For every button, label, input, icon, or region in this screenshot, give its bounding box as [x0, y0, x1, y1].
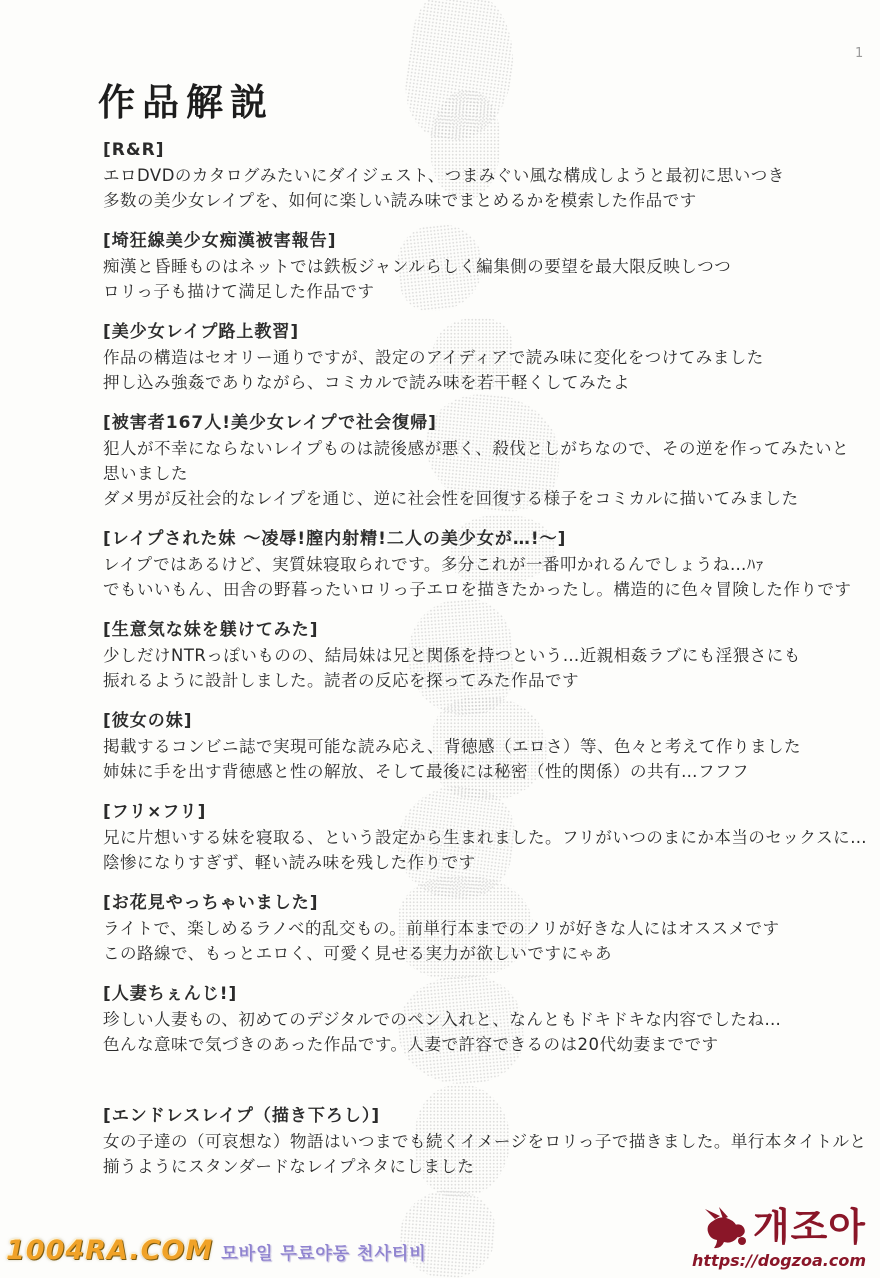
page-title: 作品解説	[98, 72, 274, 126]
section-lines: 作品の構造はセオリー通りですが、設定のアイディアで読み味に変化をつけてみました押…	[103, 345, 803, 395]
section-title: [生意気な妹を躾けてみた]	[103, 618, 803, 643]
section-lines: エロDVDのカタログみたいにダイジェスト、つまみぐい風な構成しようと最初に思いつ…	[103, 163, 803, 213]
section-line: この路線で、もっとエロく、可愛く見せる実力が欲しいですにゃあ	[103, 941, 803, 966]
section-title: [彼女の妹]	[103, 709, 803, 734]
section-line: レイプではあるけど、実質妹寝取られです。多分これが一番叩かれるんでしょうね…ﾊｧ	[103, 552, 803, 577]
section-line: 兄に片想いする妹を寝取る、という設定から生まれました。フリがいつのまにか本当のセ…	[103, 825, 803, 850]
section-lines: 兄に片想いする妹を寝取る、という設定から生まれました。フリがいつのまにか本当のセ…	[103, 825, 803, 875]
commentary-section: [お花見やっちゃいました] ライトで、楽しめるラノベ的乱交もの。前単行本までのノ…	[103, 891, 803, 966]
section-lines: 掲載するコンビニ誌で実現可能な読み応え、背徳感（エロさ）等、色々と考えて作りまし…	[103, 734, 803, 784]
section-lines: 女の子達の（可哀想な）物語はいつまでも続くイメージをロリっ子で描きました。単行本…	[103, 1129, 803, 1179]
section-title: [美少女レイプ路上教習]	[103, 320, 803, 345]
section-lines: 少しだけNTRっぽいものの、結局妹は兄と関係を持つという…近親相姦ラブにも淫猥さ…	[103, 643, 803, 693]
section-lines: 珍しい人妻もの、初めてのデジタルでのペン入れと、なんともドキドキな内容でしたね……	[103, 1007, 803, 1057]
section-line: 少しだけNTRっぽいものの、結局妹は兄と関係を持つという…近親相姦ラブにも淫猥さ…	[103, 643, 803, 668]
section-line: ライトで、楽しめるラノベ的乱交もの。前単行本までのノリが好きな人にはオススメです	[103, 916, 803, 941]
rabbit-logo-icon	[699, 1205, 751, 1249]
section-line: 痴漢と昏睡ものはネットでは鉄板ジャンルらしく編集側の要望を最大限反映しつつ	[103, 254, 803, 279]
section-line: 押し込み強姦でありながら、コミカルで読み味を若干軽くしてみたよ	[103, 370, 803, 395]
commentary-section: [R&R] エロDVDのカタログみたいにダイジェスト、つまみぐい風な構成しようと…	[103, 138, 803, 213]
commentary-section: [被害者167人!美少女レイプで社会復帰] 犯人が不幸にならないレイプものは読後…	[103, 411, 803, 511]
watermark-left-site: 1004RA.COM	[6, 1235, 213, 1266]
commentary-section: [エンドレスレイプ（描き下ろし）] 女の子達の（可哀想な）物語はいつまでも続くイ…	[103, 1104, 803, 1179]
commentary-section: [美少女レイプ路上教習] 作品の構造はセオリー通りですが、設定のアイディアで読み…	[103, 320, 803, 395]
watermark-right-brand: 개조아	[753, 1207, 866, 1247]
section-line: ロリっ子も描けて満足した作品です	[103, 279, 803, 304]
section-title: [人妻ちぇんじ!]	[103, 982, 803, 1007]
watermark-right-url[interactable]: https://dogzoa.com	[692, 1251, 866, 1270]
section-line: 振れるように設計しました。読者の反応を探ってみた作品です	[103, 668, 803, 693]
section-line: 揃うようにスタンダードなレイプネタにしました	[103, 1154, 803, 1179]
scanned-page: 作品解説 1 [R&R] エロDVDのカタログみたいにダイジェスト、つまみぐい風…	[0, 0, 880, 1278]
section-line: 思いました	[103, 461, 803, 486]
commentary-section: [レイプされた妹 ～凌辱!膣内射精!二人の美少女が…!～] レイプではあるけど、…	[103, 527, 803, 602]
commentary-sections: [R&R] エロDVDのカタログみたいにダイジェスト、つまみぐい風な構成しようと…	[103, 138, 803, 1195]
page-number: 1	[855, 46, 863, 61]
section-title: [レイプされた妹 ～凌辱!膣内射精!二人の美少女が…!～]	[103, 527, 803, 552]
commentary-section: [埼狂線美少女痴漢被害報告] 痴漢と昏睡ものはネットでは鉄板ジャンルらしく編集側…	[103, 229, 803, 304]
commentary-section: [生意気な妹を躾けてみた] 少しだけNTRっぽいものの、結局妹は兄と関係を持つと…	[103, 618, 803, 693]
section-line: 犯人が不幸にならないレイプものは読後感が悪く、殺伐としがちなので、その逆を作って…	[103, 436, 803, 461]
section-line: 多数の美少女レイプを、如何に楽しい読み味でまとめるかを模索した作品です	[103, 188, 803, 213]
commentary-section: [彼女の妹] 掲載するコンビニ誌で実現可能な読み応え、背徳感（エロさ）等、色々と…	[103, 709, 803, 784]
section-lines: レイプではあるけど、実質妹寝取られです。多分これが一番叩かれるんでしょうね…ﾊｧ…	[103, 552, 803, 602]
commentary-section: [人妻ちぇんじ!] 珍しい人妻もの、初めてのデジタルでのペン入れと、なんともドキ…	[103, 982, 803, 1057]
halftone-bleed-blob	[398, 0, 523, 147]
section-line: エロDVDのカタログみたいにダイジェスト、つまみぐい風な構成しようと最初に思いつ…	[103, 163, 803, 188]
section-line: 陰惨になりすぎず、軽い読み味を残した作りです	[103, 850, 803, 875]
section-title: [お花見やっちゃいました]	[103, 891, 803, 916]
watermark-left-tagline: 모바일 무료야동 천사티비	[221, 1239, 426, 1264]
commentary-section: [フリ×フリ] 兄に片想いする妹を寝取る、という設定から生まれました。フリがいつ…	[103, 800, 803, 875]
section-line: ダメ男が反社会的なレイプを通じ、逆に社会性を回復する様子をコミカルに描いてみまし…	[103, 486, 803, 511]
watermark-right: 개조아 https://dogzoa.com	[692, 1205, 866, 1270]
section-title: [フリ×フリ]	[103, 800, 803, 825]
section-line: 作品の構造はセオリー通りですが、設定のアイディアで読み味に変化をつけてみました	[103, 345, 803, 370]
section-line: 珍しい人妻もの、初めてのデジタルでのペン入れと、なんともドキドキな内容でしたね…	[103, 1007, 803, 1032]
section-line: でもいいもん、田舎の野暮ったいロリっ子エロを描きたかったし。構造的に色々冒険した…	[103, 577, 803, 602]
section-title: [被害者167人!美少女レイプで社会復帰]	[103, 411, 803, 436]
section-line: 掲載するコンビニ誌で実現可能な読み応え、背徳感（エロさ）等、色々と考えて作りまし…	[103, 734, 803, 759]
section-title: [エンドレスレイプ（描き下ろし）]	[103, 1104, 803, 1129]
section-lines: 痴漢と昏睡ものはネットでは鉄板ジャンルらしく編集側の要望を最大限反映しつつロリっ…	[103, 254, 803, 304]
section-line: 色んな意味で気づきのあった作品です。人妻で許容できるのは20代幼妻までです	[103, 1032, 803, 1057]
section-line: 女の子達の（可哀想な）物語はいつまでも続くイメージをロリっ子で描きました。単行本…	[103, 1129, 803, 1154]
section-title: [埼狂線美少女痴漢被害報告]	[103, 229, 803, 254]
section-line: 姉妹に手を出す背徳感と性の解放、そして最後には秘密（性的関係）の共有…フフフ	[103, 759, 803, 784]
section-lines: 犯人が不幸にならないレイプものは読後感が悪く、殺伐としがちなので、その逆を作って…	[103, 436, 803, 511]
section-lines: ライトで、楽しめるラノベ的乱交もの。前単行本までのノリが好きな人にはオススメです…	[103, 916, 803, 966]
watermark-left: 1004RA.COM 모바일 무료야동 천사티비	[6, 1235, 427, 1266]
section-title: [R&R]	[103, 138, 803, 163]
